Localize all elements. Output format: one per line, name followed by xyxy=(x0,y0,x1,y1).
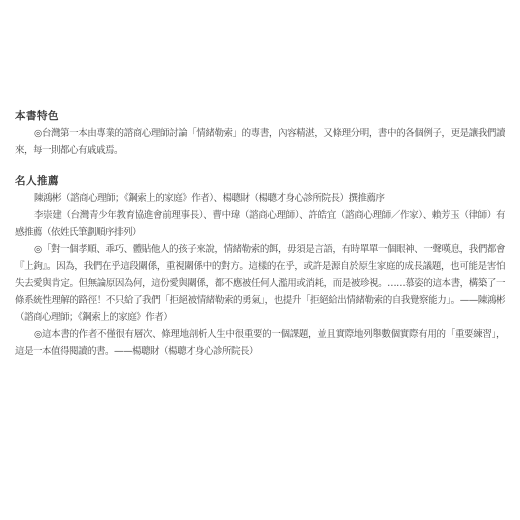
section-heading-book-features: 本書特色 xyxy=(15,108,505,125)
foreword-writers-line: 陳鴻彬（諮商心理師；《鋼索上的家庭》作者）、楊聰財（楊聰才身心診所院長）撰推薦序 xyxy=(15,190,505,207)
book-description-page: 本書特色 ◎台灣第一本由專業的諮商心理師討論「情緒勒索」的專書，內容精湛，又條理… xyxy=(0,0,520,360)
section-heading-celebrity-recommendations: 名人推薦 xyxy=(15,173,505,190)
book-features-paragraph: ◎台灣第一本由專業的諮商心理師討論「情緒勒索」的專書，內容精湛，又條理分明，書中… xyxy=(15,125,505,159)
recommenders-line: 李崇建（台灣青少年教育協進會前理事長）、曹中瑋（諮商心理師）、許皓宜（諮商心理師… xyxy=(15,207,505,241)
recommendation-quote-chen-hung-pin: ◎「對一個孝順、乖巧、體貼他人的孩子來說，情緒勒索的餌，毋須是言語，有時單單一個… xyxy=(15,241,505,326)
recommendation-quote-yang-tsung-tsai: ◎這本書的作者不僅很有層次、條理地剖析人生中很重要的一個課題，並且實際地列舉數個… xyxy=(15,326,505,360)
